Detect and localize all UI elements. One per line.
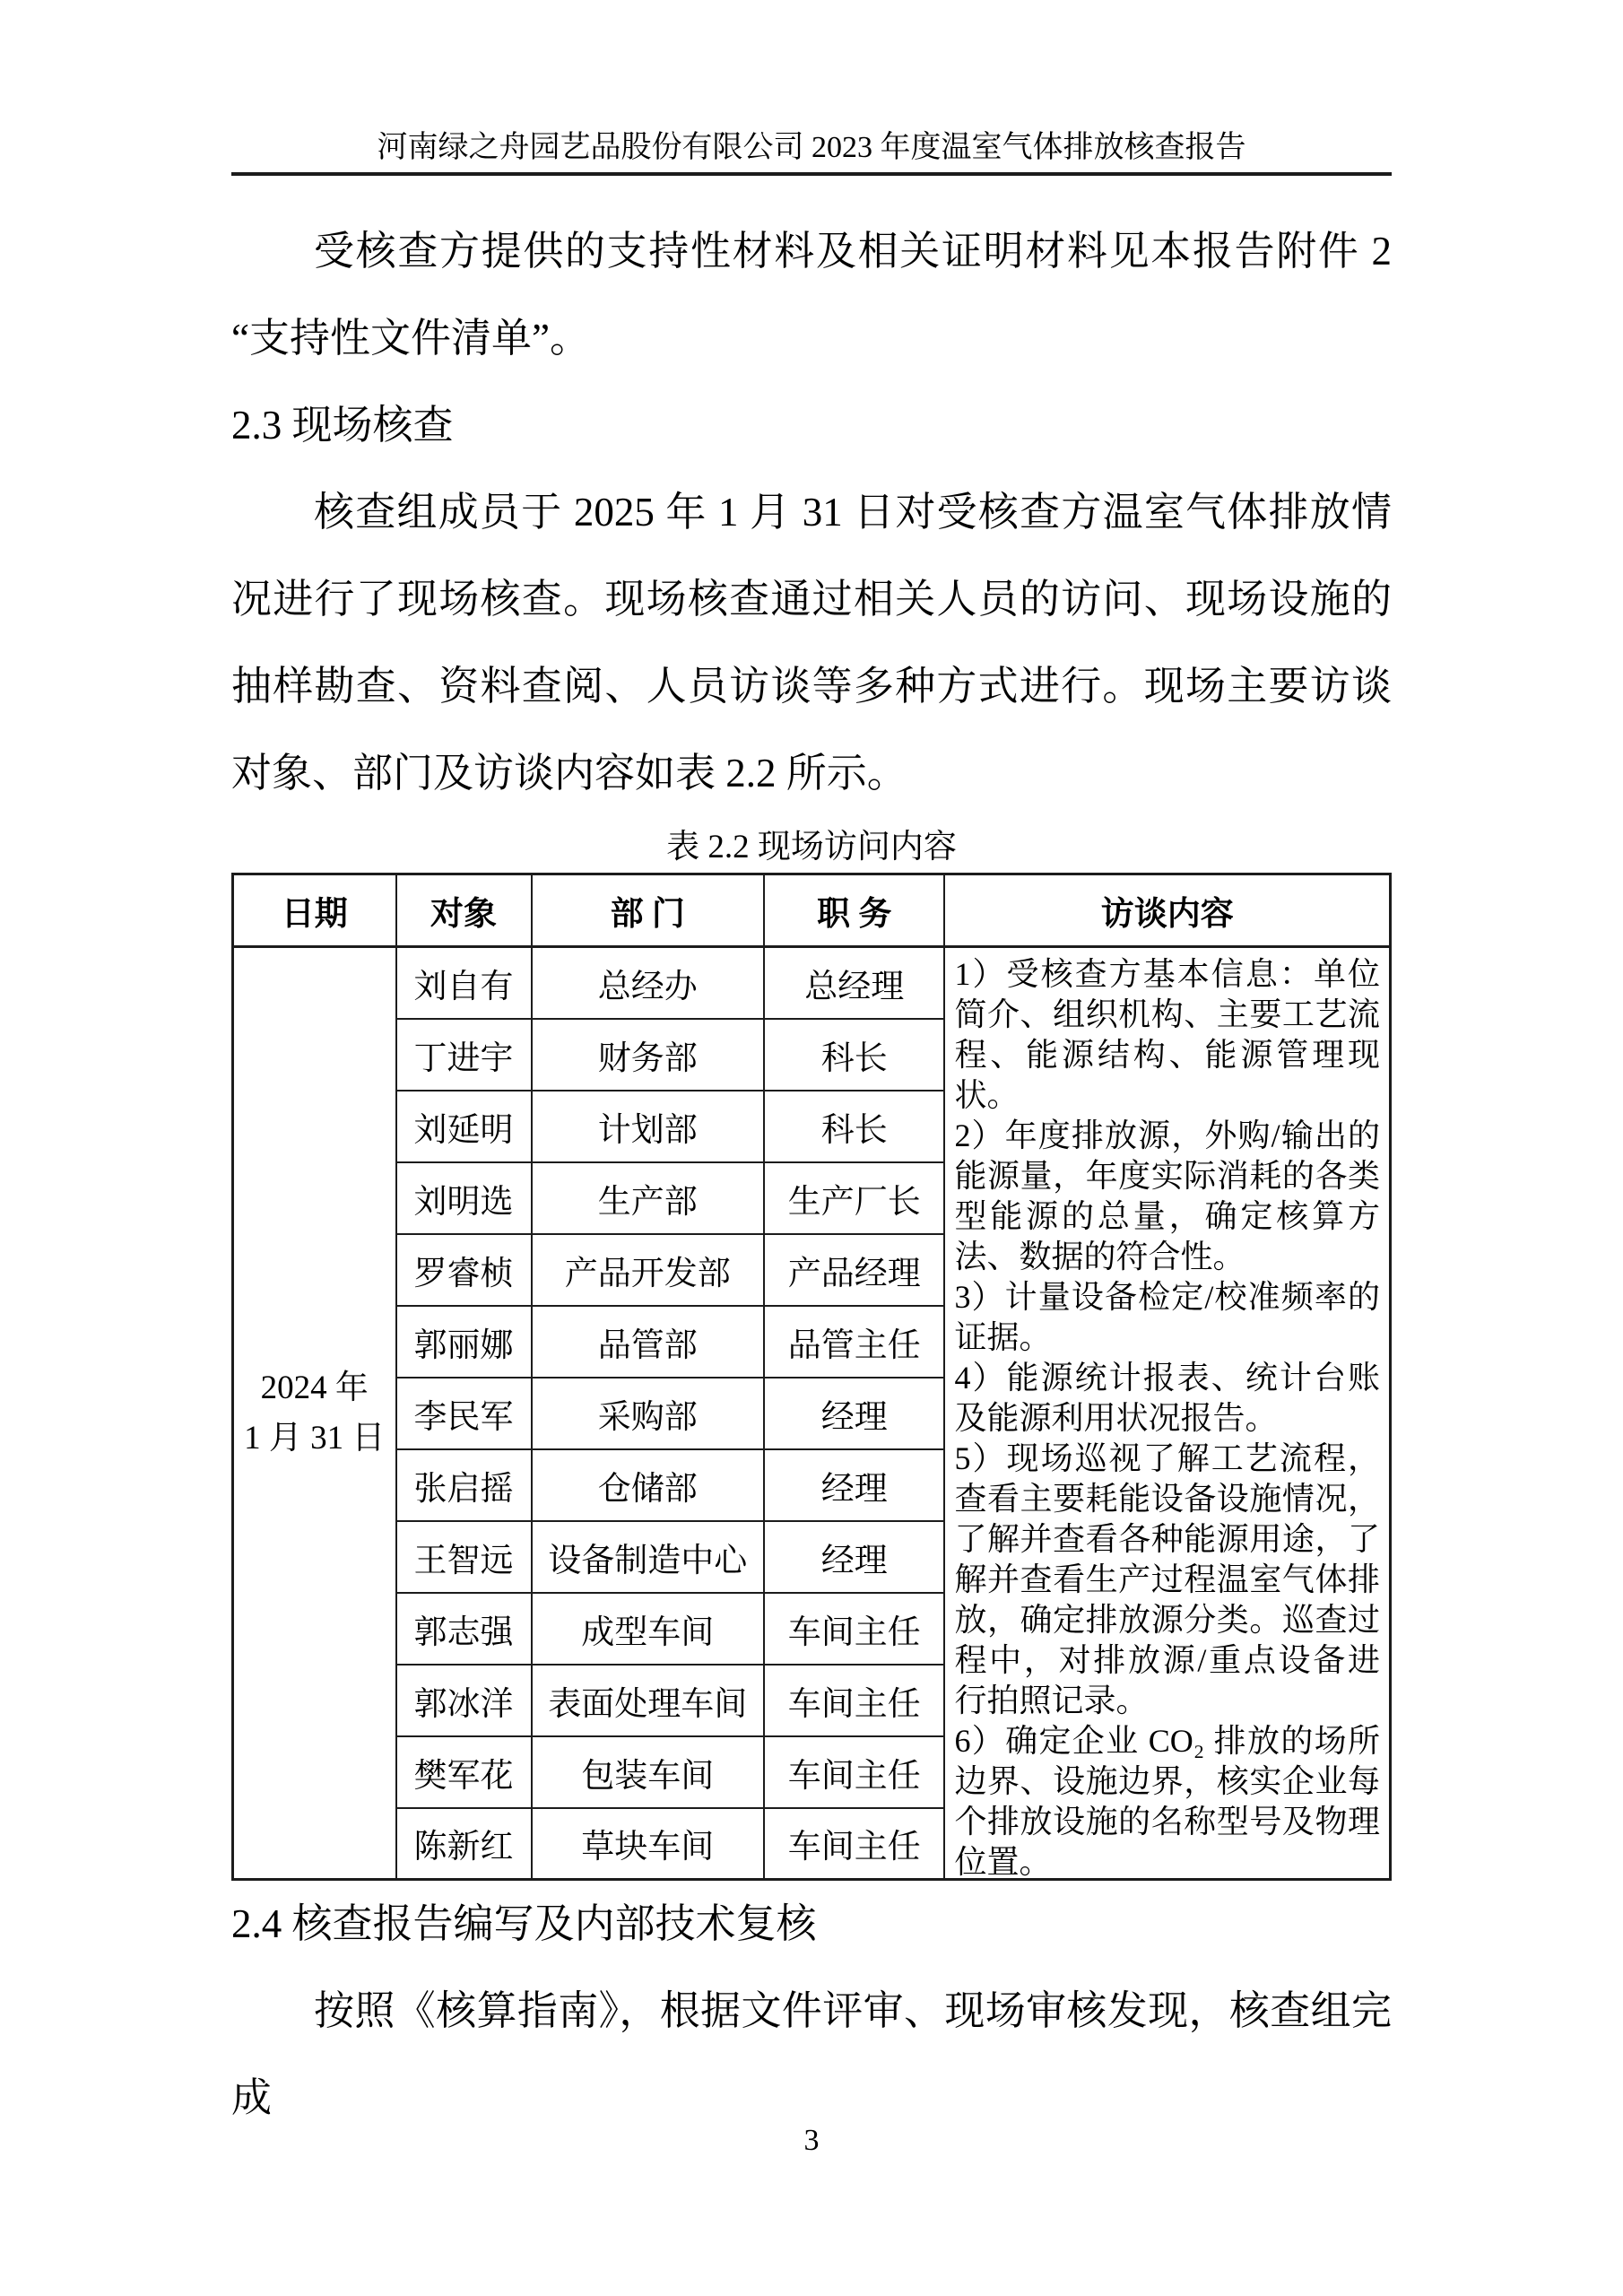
cell-position: 经理 — [764, 1378, 944, 1449]
cell-person-name: 张启摇 — [396, 1449, 532, 1521]
cell-department: 采购部 — [532, 1378, 764, 1449]
cell-position: 经理 — [764, 1521, 944, 1593]
cell-department: 成型车间 — [532, 1593, 764, 1665]
cell-position: 产品经理 — [764, 1234, 944, 1306]
visit-table: 日期 对象 部 门 职 务 访谈内容 2024 年1 月 31 日刘自有总经办总… — [231, 873, 1392, 1881]
document-page: 河南绿之舟园艺品股份有限公司 2023 年度温室气体排放核查报告 受核查方提供的… — [0, 0, 1623, 2296]
cell-interview-content: 1）受核查方基本信息：单位简介、组织机构、主要工艺流程、能源结构、能源管理现状。… — [944, 947, 1390, 1880]
cell-person-name: 王智远 — [396, 1521, 532, 1593]
cell-position: 品管主任 — [764, 1306, 944, 1378]
cell-person-name: 罗睿桢 — [396, 1234, 532, 1306]
paragraph-supporting-materials: 受核查方提供的支持性材料及相关证明材料见本报告附件 2 “支持性文件清单”。 — [231, 208, 1392, 382]
cell-person-name: 丁进宇 — [396, 1019, 532, 1091]
visit-date-line2: 1 月 31 日 — [234, 1413, 395, 1464]
cell-position: 车间主任 — [764, 1736, 944, 1808]
cell-department: 财务部 — [532, 1019, 764, 1091]
cell-position: 车间主任 — [764, 1593, 944, 1665]
cell-department: 计划部 — [532, 1091, 764, 1162]
page-number: 3 — [0, 2124, 1623, 2158]
page-content: 河南绿之舟园艺品股份有限公司 2023 年度温室气体排放核查报告 受核查方提供的… — [231, 131, 1392, 2142]
cell-position: 车间主任 — [764, 1665, 944, 1736]
cell-person-name: 樊军花 — [396, 1736, 532, 1808]
cell-person-name: 郭丽娜 — [396, 1306, 532, 1378]
cell-visit-date: 2024 年1 月 31 日 — [233, 947, 396, 1880]
visit-table-body: 2024 年1 月 31 日刘自有总经办总经理1）受核查方基本信息：单位简介、组… — [233, 947, 1391, 1880]
heading-2-3: 2.3 现场核查 — [231, 382, 1392, 469]
cell-person-name: 刘延明 — [396, 1091, 532, 1162]
cell-position: 总经理 — [764, 947, 944, 1019]
cell-position: 生产厂长 — [764, 1162, 944, 1234]
col-header-department: 部 门 — [532, 874, 764, 947]
col-header-interview: 访谈内容 — [944, 874, 1390, 947]
heading-2-4: 2.4 核查报告编写及内部技术复核 — [231, 1881, 1392, 1968]
cell-person-name: 郭冰洋 — [396, 1665, 532, 1736]
interview-item: 5）现场巡视了解工艺流程，查看主要耗能设备设施情况，了解并查看各种能源用途，了解… — [954, 1439, 1380, 1721]
cell-position: 科长 — [764, 1091, 944, 1162]
cell-department: 表面处理车间 — [532, 1665, 764, 1736]
cell-department: 品管部 — [532, 1306, 764, 1378]
cell-department: 总经办 — [532, 947, 764, 1019]
cell-department: 产品开发部 — [532, 1234, 764, 1306]
cell-department: 仓储部 — [532, 1449, 764, 1521]
interview-content: 1）受核查方基本信息：单位简介、组织机构、主要工艺流程、能源结构、能源管理现状。… — [945, 949, 1389, 1878]
cell-department: 包装车间 — [532, 1736, 764, 1808]
cell-person-name: 陈新红 — [396, 1808, 532, 1880]
col-header-date: 日期 — [233, 874, 396, 947]
interview-item: 2）年度排放源，外购/输出的能源量，年度实际消耗的各类型能源的总量，确定核算方法… — [954, 1116, 1380, 1277]
interview-item: 6）确定企业 CO₂ 排放的场所边界、设施边界，核实企业每个排放设施的名称型号及… — [954, 1721, 1380, 1878]
paragraph-report-writing: 按照《核算指南》，根据文件评审、现场审核发现，核查组完成 — [231, 1968, 1392, 2142]
paragraph-site-verification: 核查组成员于 2025 年 1 月 31 日对受核查方温室气体排放情况进行了现场… — [231, 469, 1392, 817]
page-header: 河南绿之舟园艺品股份有限公司 2023 年度温室气体排放核查报告 — [231, 131, 1392, 176]
cell-department: 设备制造中心 — [532, 1521, 764, 1593]
col-header-person: 对象 — [396, 874, 532, 947]
cell-person-name: 刘明选 — [396, 1162, 532, 1234]
cell-position: 科长 — [764, 1019, 944, 1091]
col-header-position: 职 务 — [764, 874, 944, 947]
table-row: 2024 年1 月 31 日刘自有总经办总经理1）受核查方基本信息：单位简介、组… — [233, 947, 1391, 1019]
cell-person-name: 李民军 — [396, 1378, 532, 1449]
table-header-row: 日期 对象 部 门 职 务 访谈内容 — [233, 874, 1391, 947]
cell-department: 生产部 — [532, 1162, 764, 1234]
cell-person-name: 刘自有 — [396, 947, 532, 1019]
table-caption: 表 2.2 现场访问内容 — [231, 822, 1392, 873]
visit-date-line1: 2024 年 — [234, 1363, 395, 1413]
cell-department: 草块车间 — [532, 1808, 764, 1880]
interview-item: 4）能源统计报表、统计台账及能源利用状况报告。 — [954, 1358, 1380, 1439]
interview-item: 3）计量设备检定/校准频率的证据。 — [954, 1277, 1380, 1358]
cell-person-name: 郭志强 — [396, 1593, 532, 1665]
visit-date: 2024 年1 月 31 日 — [234, 1363, 395, 1464]
cell-position: 经理 — [764, 1449, 944, 1521]
cell-position: 车间主任 — [764, 1808, 944, 1880]
interview-item: 1）受核查方基本信息：单位简介、组织机构、主要工艺流程、能源结构、能源管理现状。 — [954, 954, 1380, 1116]
header-title: 河南绿之舟园艺品股份有限公司 2023 年度温室气体排放核查报告 — [378, 131, 1246, 164]
